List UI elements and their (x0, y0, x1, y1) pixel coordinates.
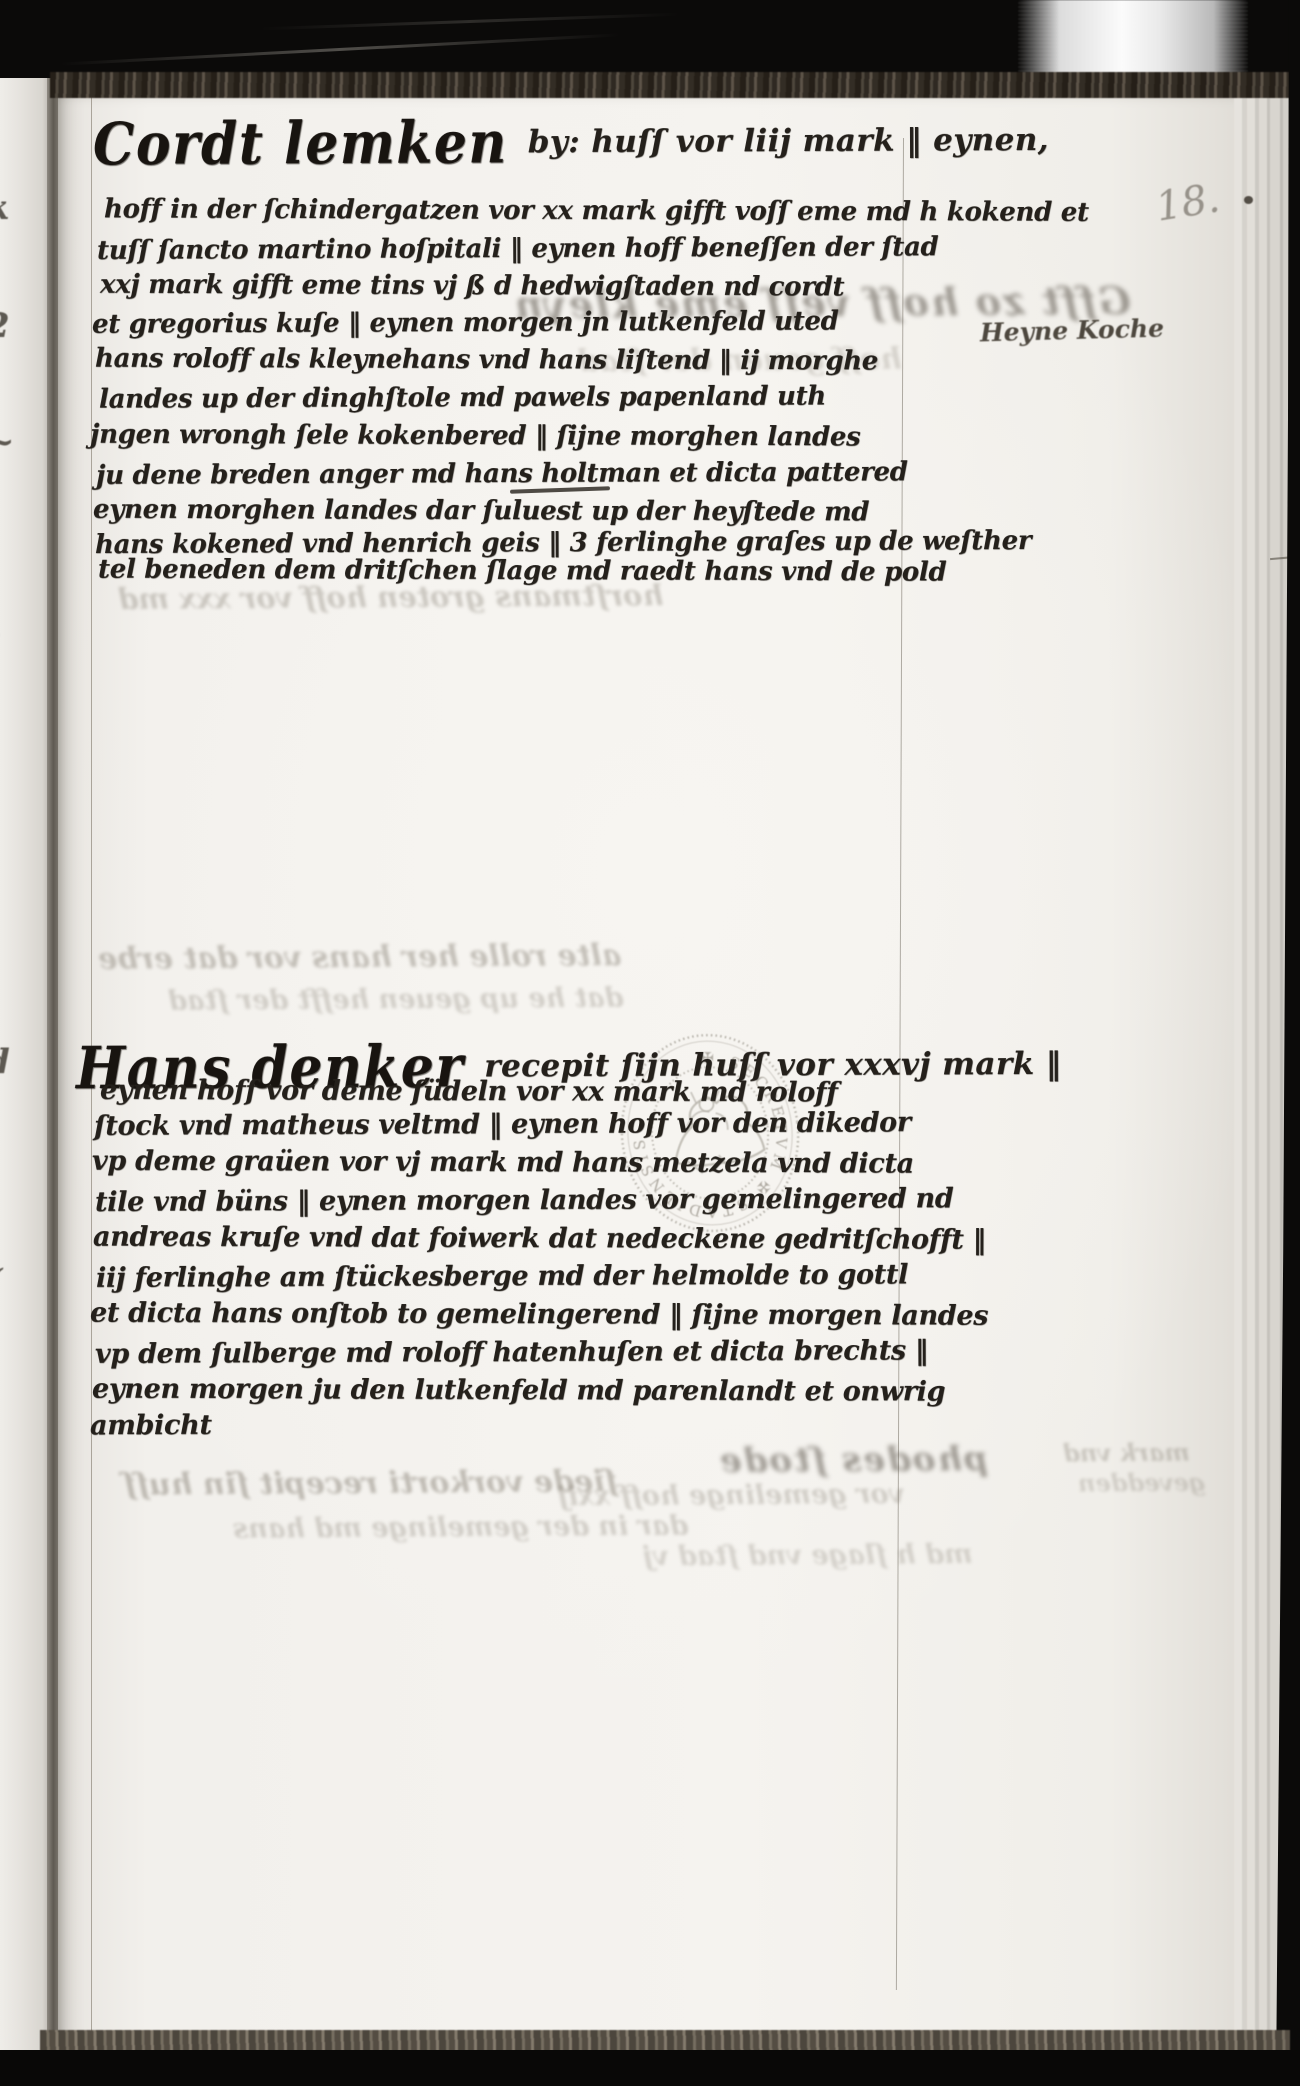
margin-note: Heyne Koche (980, 314, 1165, 348)
cutoff-letter-fragment: ( (0, 1262, 2, 1302)
manuscript-line: tile vnd büns ‖ eynen morgen landes vor … (95, 1183, 954, 1218)
bleedthrough-text: ſiede vorkorti recepit ſin huſſ (123, 1464, 618, 1502)
manuscript-line: vp dem ſulberge md roloff hatenhuſen et … (95, 1335, 928, 1370)
bleedthrough-text: mark vnd (1063, 1438, 1190, 1468)
cutoff-letter-fragment: ) (0, 618, 2, 658)
bleedthrough-text: dat he up geuen hefft der ſtad (168, 982, 624, 1016)
bleedthrough-text: phodes ſtode (718, 1439, 988, 1481)
highlight-streak (60, 33, 619, 65)
manuscript-line: landes up der dinghſtole md pawels papen… (99, 381, 826, 414)
folio-number: 18. (1153, 175, 1223, 230)
manuscript-line: xxj mark gifft eme tins vj ß d hedwigſta… (100, 270, 844, 303)
bleedthrough-text: vor gemelinge hoff xxij (558, 1479, 905, 1512)
manuscript-line: ambicht (90, 1410, 212, 1442)
manuscript-line: et dicta hans onſtob to gemelingerend ‖ … (90, 1297, 988, 1331)
facing-page-edge: k 2 ~ ) d ( (0, 70, 50, 2060)
manuscript-line: ſtock vnd matheus veltmd ‖ eynen hoff vo… (94, 1107, 911, 1142)
entry-heading-line: Cordt lemkenby: huſſ vor liij mark ‖ eyn… (93, 110, 1049, 175)
background-bottom (0, 2050, 1300, 2086)
manuscript-line: andreas kruſe vnd dat foiwerk dat nedeck… (93, 1221, 986, 1255)
manuscript-line: hoff in der ſchindergatzen vor xx mark g… (104, 194, 1089, 227)
bleedthrough-text: alte rolle her hans vor dat erbe (98, 938, 622, 977)
manuscript-line: vp deme graüen vor vj mark md hans metze… (92, 1146, 914, 1180)
bleedthrough-text: md h ſlage vnd ſtad vj (643, 1539, 973, 1572)
manuscript-line: tuſſ ſancto martino hoſpitali ‖ eynen ho… (97, 232, 939, 266)
manuscript-line: et gregorius kuſe ‖ eynen morgen jn lutk… (92, 306, 839, 339)
manuscript-scan: k 2 ~ ) d ( 18. ✠ SE (0, 0, 1300, 2086)
manuscript-line: eynen morghen landes dar ſuluest up der … (93, 495, 869, 528)
light-reflection-band (1018, 0, 1248, 80)
book-top-edge (50, 72, 1300, 98)
entry-heading-suffix: by: huſſ vor liij mark ‖ eynen, (528, 122, 1049, 160)
cutoff-letter-fragment: 2 (0, 306, 10, 346)
manuscript-line: eynen morgen ju den lutkenfeld md parenl… (92, 1374, 945, 1408)
cutoff-letter-fragment: k (0, 188, 10, 228)
manuscript-line: eynen hoff vor deme ſüdeln vor xx mark m… (100, 1075, 838, 1109)
manuscript-line: hans roloff als kleynehans vnd hans liſt… (95, 344, 878, 377)
manuscript-line: iij ferlinghe am ſtückesberge md der hel… (96, 1259, 908, 1294)
cutoff-letter-fragment: d (0, 1042, 10, 1082)
manuscript-line: jngen wrongh ſele kokenbered ‖ ſijne mor… (90, 420, 861, 453)
manuscript-line: tel beneden dem dritſchen ſlage md raedt… (98, 555, 946, 588)
manuscript-line: ju dene breden anger md hans holtman et … (96, 457, 908, 491)
highlight-streak (260, 13, 680, 31)
bleedthrough-text: dar in der gemelinge md hans (233, 1510, 688, 1544)
bleedthrough-text: gevedden (1078, 1468, 1206, 1498)
ink-blot (1244, 196, 1253, 204)
manuscript-page: 18. ✠ SECRETVM ✠ STADIENSIS Gfft zo hoff… (58, 88, 1294, 2050)
cutoff-letter-fragment: ~ (0, 422, 15, 462)
entry-heading: Cordt lemken (93, 109, 508, 179)
